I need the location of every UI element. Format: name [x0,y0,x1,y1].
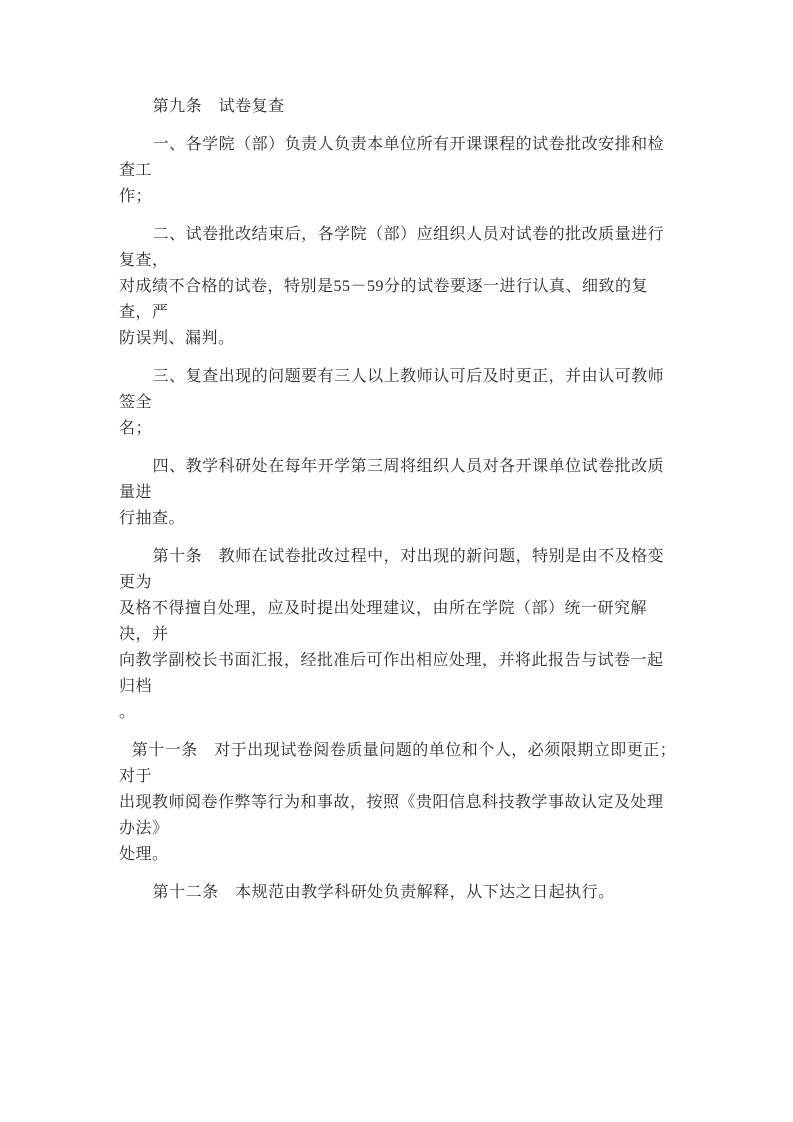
document-page: 第九条 试卷复查 一、各学院（部）负责人负责本单位所有开课课程的试卷批改安排和检… [0,0,793,1122]
article-11-paragraph: 第十一条 对于出现试卷阅卷质量问题的单位和个人，必须限期立即更正；对于 出现教师… [119,738,679,868]
article-9-clause-3: 三、复查出现的问题要有三人以上教师认可后及时更正，并由认可教师签全 名； [119,364,679,442]
article-9-heading: 第九条 试卷复查 [119,94,679,120]
article-9-clause-2: 二、试卷批改结束后，各学院（部）应组织人员对试卷的批改质量进行复查， 对成绩不合… [119,222,679,352]
article-9-clause-4: 四、教学科研处在每年开学第三周将组织人员对各开课单位试卷批改质量进 行抽查。 [119,454,679,532]
article-9-clause-1: 一、各学院（部）负责人负责本单位所有开课课程的试卷批改安排和检查工 作； [119,132,679,210]
article-12-paragraph: 第十二条 本规范由教学科研处负责解释，从下达之日起执行。 [119,880,679,906]
document-text-block: 第九条 试卷复查 一、各学院（部）负责人负责本单位所有开课课程的试卷批改安排和检… [119,94,679,906]
article-10-paragraph: 第十条 教师在试卷批改过程中，对出现的新问题，特别是由不及格变更为 及格不得擅自… [119,544,679,726]
